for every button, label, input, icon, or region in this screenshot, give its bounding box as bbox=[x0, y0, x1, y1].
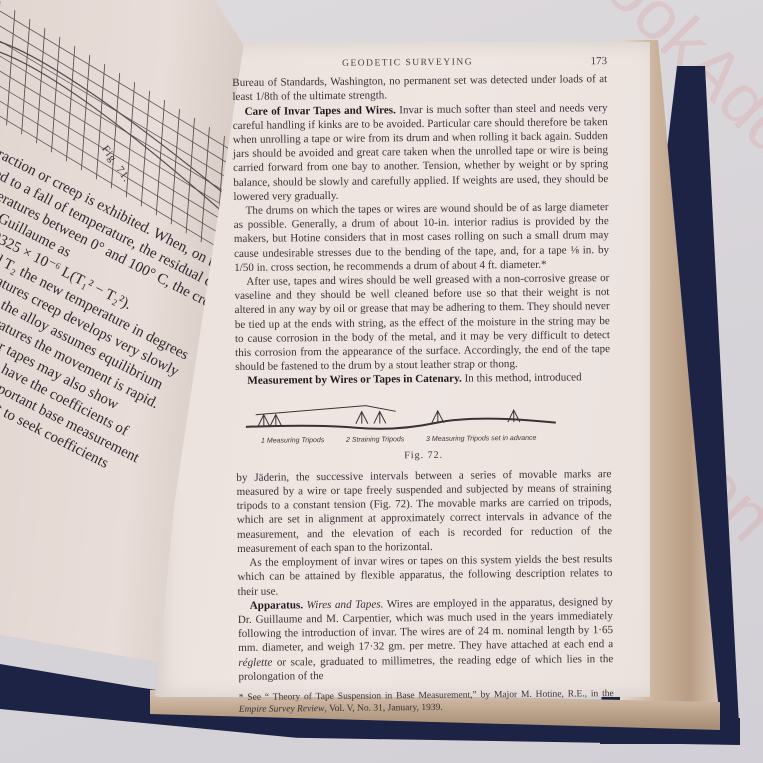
paragraph-care-of-invar: Care of Invar Tapes and Wires. Invar is … bbox=[232, 101, 608, 204]
tripod-icon bbox=[374, 411, 386, 423]
section-heading: Measurement by Wires or Tapes in Catenar… bbox=[247, 373, 462, 387]
right-page-text: GEODETIC SURVEYING 173 Bureau of Standar… bbox=[232, 54, 614, 716]
svg-text:1 Measuring Tripods: 1 Measuring Tripods bbox=[261, 437, 325, 445]
page-number: 173 bbox=[590, 54, 607, 68]
footnote: * See “ Theory of Tape Suspension in Bas… bbox=[239, 688, 614, 716]
paragraph: Bureau of Standards, Washington, no perm… bbox=[232, 72, 607, 104]
paragraph-apparatus: Apparatus. Wires and Tapes. Wires are em… bbox=[238, 595, 614, 684]
paragraph-catenary: Measurement by Wires or Tapes in Catenar… bbox=[235, 371, 610, 389]
tripod-icon bbox=[258, 414, 270, 426]
paragraph: As the employment of invar wires or tape… bbox=[237, 552, 612, 599]
tripod-diagram: 1 Measuring Tripods 2 Straining Tripods … bbox=[236, 391, 612, 449]
figure-72-caption: Fig. 72. bbox=[236, 447, 611, 465]
paragraph: The drums on which the tapes or wires ar… bbox=[234, 200, 610, 275]
figure-72-tripods: 1 Measuring Tripods 2 Straining Tripods … bbox=[236, 391, 612, 449]
running-head-title: GEODETIC SURVEYING bbox=[342, 55, 473, 71]
paragraph: After use, tapes and wires should be wel… bbox=[234, 271, 610, 374]
svg-text:3 Measuring Tripods set in adv: 3 Measuring Tripods set in advance bbox=[426, 435, 537, 443]
subheading: Wires and Tapes. bbox=[303, 598, 383, 611]
tripod-icon bbox=[270, 414, 282, 426]
tripod-icon bbox=[356, 411, 368, 423]
section-heading: Apparatus. bbox=[250, 599, 303, 612]
paragraph: by Jäderin, the successive intervals bet… bbox=[236, 467, 612, 556]
section-heading: Care of Invar Tapes and Wires. bbox=[244, 104, 395, 118]
running-head: GEODETIC SURVEYING 173 bbox=[342, 54, 607, 71]
svg-text:2 Straining Tripods: 2 Straining Tripods bbox=[345, 436, 405, 444]
